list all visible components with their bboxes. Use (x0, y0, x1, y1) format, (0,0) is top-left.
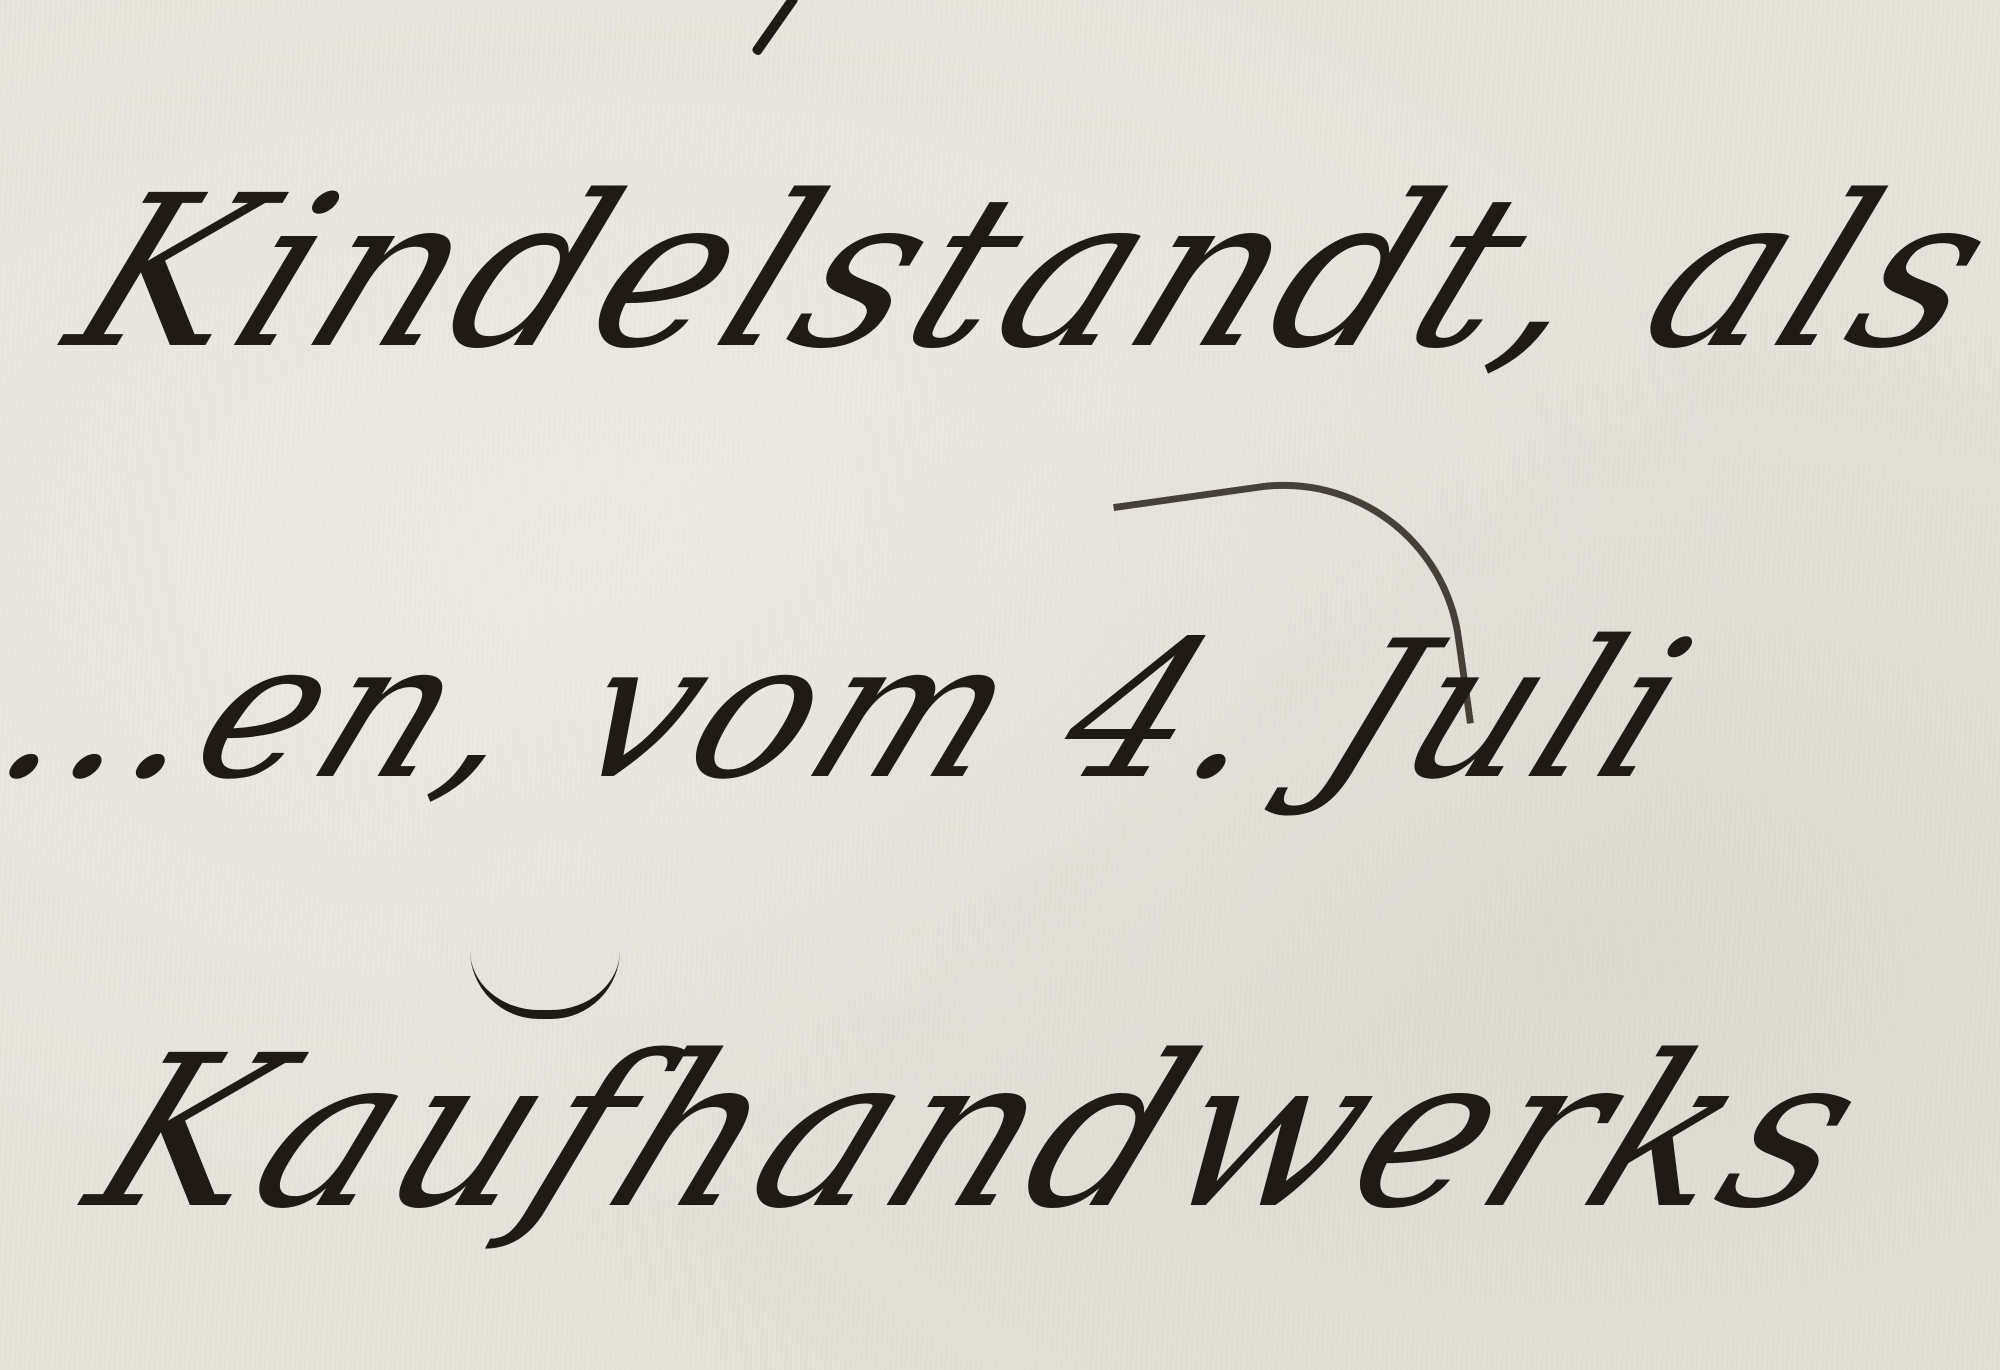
manuscript-page: Kindelstandt, als …en, vom 4. Juli Kaufh… (0, 0, 2000, 1370)
handwritten-line-1: Kindelstandt, als (40, 150, 2000, 395)
handwritten-line-2-date: …en, vom 4. Juli (0, 600, 1725, 821)
ink-stroke-fragment (751, 0, 799, 57)
u-bogen-mark (470, 950, 620, 1019)
handwritten-line-3: Kaufhandwerks (60, 1010, 1902, 1255)
